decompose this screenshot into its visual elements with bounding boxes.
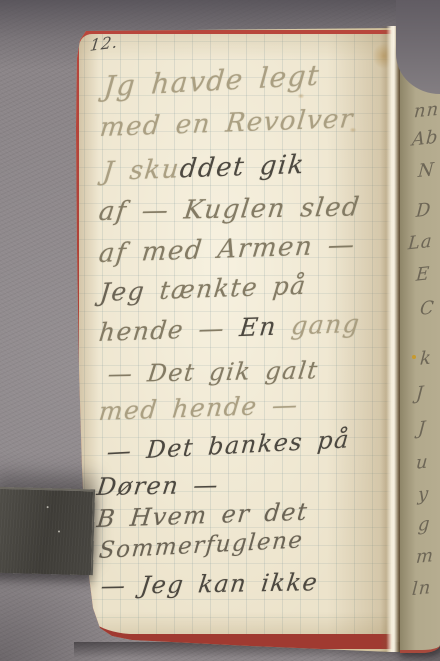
metal-clamp [0, 487, 95, 576]
speck [58, 530, 60, 532]
left-page-paper [79, 34, 392, 634]
notebook-photo: 12. Jg havde legt med en Revolver J skud… [0, 0, 440, 661]
stain [296, 92, 306, 100]
notebook-right-page [400, 44, 440, 653]
paper-shading [79, 34, 392, 634]
speck [412, 355, 416, 359]
stain [348, 126, 358, 134]
gutter-page-curl [380, 26, 402, 652]
speck [47, 506, 49, 508]
